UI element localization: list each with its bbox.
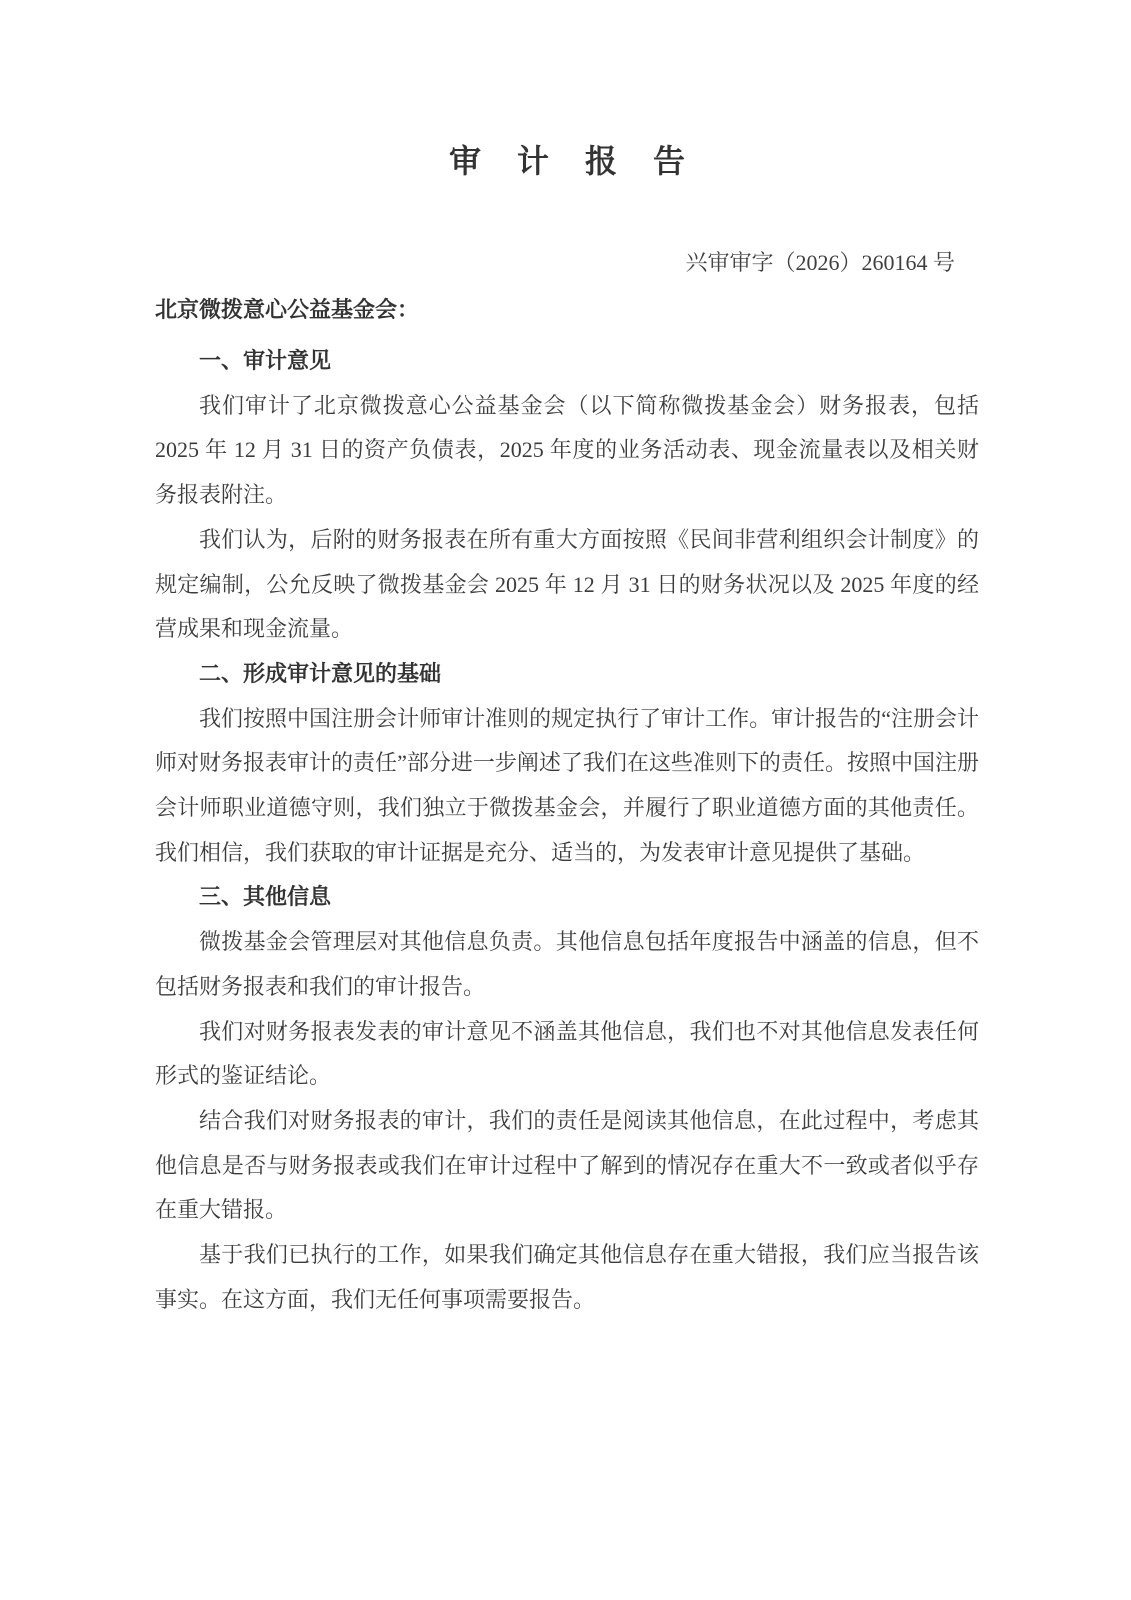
paragraph-basis-for-opinion-1: 我们按照中国注册会计师审计准则的规定执行了审计工作。审计报告的“注册会计师对财务… <box>155 697 979 876</box>
audit-report-page: 审 计 报 告 兴审审字（2026）260164 号 北京微拨意心公益基金会： … <box>0 0 1131 1600</box>
paragraph-other-information-3: 结合我们对财务报表的审计，我们的责任是阅读其他信息，在此过程中，考虑其他信息是否… <box>155 1099 979 1233</box>
paragraph-audit-opinion-1: 我们审计了北京微拨意心公益基金会（以下简称微拨基金会）财务报表，包括 2025 … <box>155 384 979 518</box>
paragraph-other-information-1: 微拨基金会管理层对其他信息负责。其他信息包括年度报告中涵盖的信息，但不包括财务报… <box>155 920 979 1009</box>
paragraph-other-information-2: 我们对财务报表发表的审计意见不涵盖其他信息，我们也不对其他信息发表任何形式的鉴证… <box>155 1010 979 1099</box>
document-body: 一、审计意见 我们审计了北京微拨意心公益基金会（以下简称微拨基金会）财务报表，包… <box>155 339 979 1322</box>
document-title: 审 计 报 告 <box>155 0 979 180</box>
section-heading-audit-opinion: 一、审计意见 <box>155 339 979 384</box>
reference-number: 兴审审字（2026）260164 号 <box>155 246 979 280</box>
paragraph-audit-opinion-2: 我们认为，后附的财务报表在所有重大方面按照《民间非营利组织会计制度》的规定编制，… <box>155 518 979 652</box>
section-heading-basis-for-opinion: 二、形成审计意见的基础 <box>155 652 979 697</box>
section-heading-other-information: 三、其他信息 <box>155 875 979 920</box>
addressee-line: 北京微拨意心公益基金会： <box>155 287 979 332</box>
paragraph-other-information-4: 基于我们已执行的工作，如果我们确定其他信息存在重大错报，我们应当报告该事实。在这… <box>155 1233 979 1322</box>
